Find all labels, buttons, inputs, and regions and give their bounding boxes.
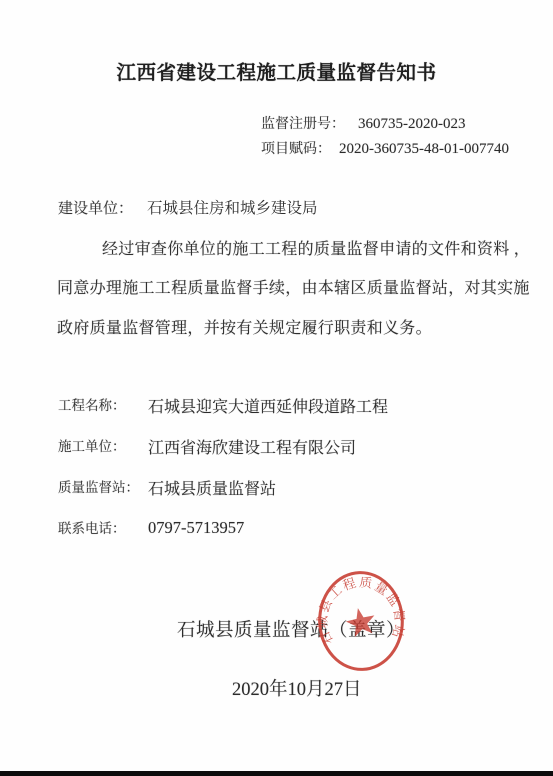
field-row-contractor: 施工单位： 江西省海欣建设工程有限公司: [58, 435, 126, 457]
field-row-supervision-station: 质量监督站： 石城县质量监督站: [58, 476, 139, 498]
recipient-row: 建设单位：石城县住房和城乡建设局: [58, 196, 318, 218]
scan-edge-line: [0, 771, 553, 776]
field-label: 联系电话：: [58, 517, 126, 537]
recipient-value: 石城县住房和城乡建设局: [147, 200, 318, 217]
supervision-reg-label: 监督注册号：: [261, 117, 345, 132]
field-label: 施工单位：: [58, 435, 126, 455]
body-line: 同意办理施工工程质量监督手续，由本辖区质量监督站，对其实施: [57, 275, 517, 298]
recipient-label: 建设单位：: [58, 197, 133, 218]
registration-block: 监督注册号：360735-2020-023 项目赋码：2020-360735-4…: [261, 112, 509, 162]
supervision-reg-row: 监督注册号：360735-2020-023: [261, 112, 509, 137]
field-row-contact-phone: 联系电话： 0797-5713957: [58, 517, 126, 539]
field-value: 0797-5713957: [148, 518, 244, 538]
project-code-row: 项目赋码：2020-360735-48-01-007740: [261, 137, 509, 162]
project-code-value: 2020-360735-48-01-007740: [339, 141, 509, 157]
document-title: 江西省建设工程施工质量监督告知书: [0, 57, 553, 85]
document-page: 江西省建设工程施工质量监督告知书 监督注册号：360735-2020-023 项…: [0, 0, 553, 776]
project-code-label: 项目赋码：: [261, 142, 331, 157]
signature-date: 2020年10月27日: [232, 675, 362, 701]
supervision-reg-value: 360735-2020-023: [358, 116, 466, 132]
field-value: 石城县质量监督站: [148, 476, 276, 499]
body-line: 政府质量监督管理，并按有关规定履行职责和义务。: [57, 315, 517, 338]
field-value: 石城县迎宾大道西延伸段道路工程: [148, 394, 388, 417]
signature-org-line: 石城县质量监督站（盖章）: [177, 616, 405, 642]
field-label: 工程名称：: [58, 394, 126, 414]
body-line: 经过审查你单位的施工工程的质量监督申请的文件和资料 ，: [57, 236, 553, 259]
field-label: 质量监督站：: [58, 476, 139, 496]
field-row-project-name: 工程名称： 石城县迎宾大道西延伸段道路工程: [58, 394, 126, 416]
field-value: 江西省海欣建设工程有限公司: [148, 435, 356, 458]
